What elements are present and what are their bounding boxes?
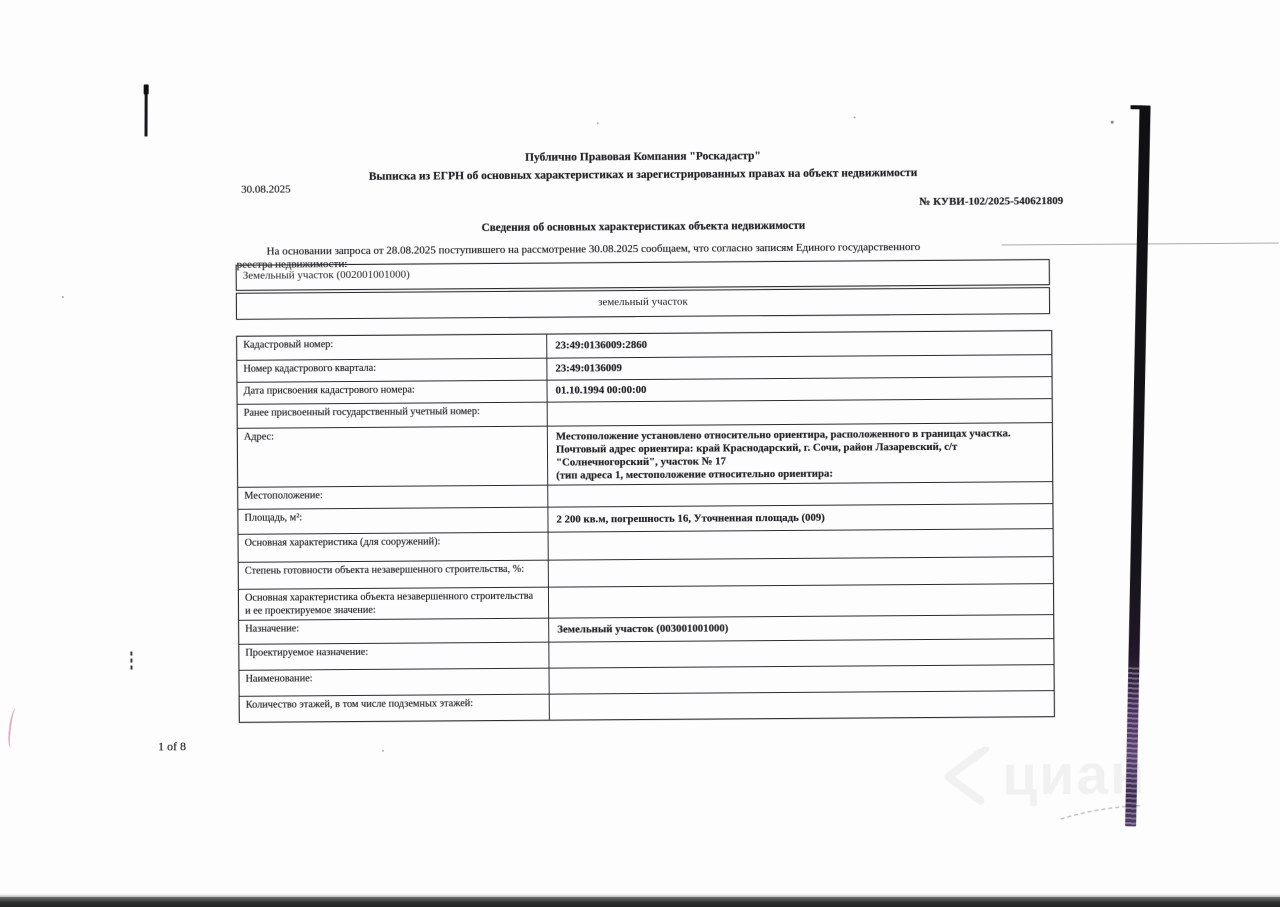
row-label: Местоположение: xyxy=(238,486,548,509)
row-label: Адрес: xyxy=(238,427,548,487)
scan-mark-mid-left xyxy=(130,652,132,672)
row-value: 01.10.1994 00:00:00 xyxy=(547,377,1051,402)
scan-speck xyxy=(1111,121,1114,124)
row-label: Основная характеристика (для сооружений)… xyxy=(239,533,549,562)
row-label: Количество этажей, в том числе подземных… xyxy=(240,695,550,722)
scan-mark-top-left xyxy=(145,84,148,136)
object-type-text: Земельный участок (002001001000) xyxy=(243,269,410,282)
org-name: Публично Правовая Компания "Роскадастр" xyxy=(235,147,1051,167)
object-kind-text: земельный участок xyxy=(598,296,688,309)
scan-binding-stripe xyxy=(1125,105,1150,826)
row-value xyxy=(549,584,1053,618)
row-value xyxy=(548,399,1052,426)
row-value: 23:49:0136009:2860 xyxy=(547,331,1051,358)
page-indicator: 1 of 8 xyxy=(158,739,186,754)
pink-pen-mark xyxy=(7,708,21,749)
row-label: Номер кадастрового квартала: xyxy=(237,359,547,382)
row-value: 2 200 кв.м, погрешность 16, Уточненная п… xyxy=(548,504,1052,532)
object-type-box: Земельный участок (002001001000) xyxy=(236,259,1050,291)
table-row: Основная характеристика объекта незаверш… xyxy=(239,583,1053,620)
scan-speck xyxy=(597,122,599,124)
row-value xyxy=(549,665,1053,694)
table-row: Основная характеристика (для сооружений)… xyxy=(239,528,1053,562)
scan-speck xyxy=(854,116,856,118)
row-value: Земельный участок (003001001000) xyxy=(549,615,1053,642)
document-title: Выписка из ЕГРН об основных характеристи… xyxy=(235,165,1051,185)
scanned-document-page: циан Публично Правовая Компания "Роскада… xyxy=(0,0,1280,907)
row-label: Степень готовности объекта незавершенног… xyxy=(239,561,549,589)
cian-logo-icon xyxy=(940,747,992,805)
row-value xyxy=(549,557,1053,587)
row-label: Дата присвоения кадастрового номера: xyxy=(237,381,547,404)
scan-speck xyxy=(382,750,384,752)
pencil-scribble xyxy=(1052,796,1152,827)
table-row: Степень готовности объекта незавершенног… xyxy=(239,556,1053,589)
row-label: Площадь, м²: xyxy=(238,508,548,534)
row-label: Ранее присвоенный государственный учетны… xyxy=(238,403,548,428)
scan-date: 30.08.2025 xyxy=(241,183,291,195)
row-label: Наименование: xyxy=(240,669,550,696)
intro-line-1: На основании запроса от 28.08.2025 посту… xyxy=(267,240,1067,258)
row-value: Местоположение установлено относительно … xyxy=(548,423,1052,485)
object-kind-box: земельный участок xyxy=(236,287,1050,320)
section-title: Сведения об основных характеристиках объ… xyxy=(235,218,1051,236)
row-label: Назначение: xyxy=(239,619,549,644)
characteristics-table: Кадастровый номер:23:49:0136009:2860Номе… xyxy=(236,330,1055,723)
row-value xyxy=(548,482,1052,507)
document-number: № КУВИ-102/2025-540621809 xyxy=(235,195,1063,213)
row-value xyxy=(549,639,1053,668)
table-row: Адрес:Местоположение установлено относит… xyxy=(238,422,1052,487)
row-label: Проектируемое назначение: xyxy=(239,643,549,670)
row-label: Основная характеристика объекта незаверш… xyxy=(239,588,549,620)
row-value xyxy=(550,691,1054,720)
row-value xyxy=(549,529,1053,560)
row-value: 23:49:0136009 xyxy=(547,355,1051,380)
scan-bottom-edge xyxy=(0,897,1280,907)
scan-speck xyxy=(62,296,64,298)
row-label: Кадастровый номер: xyxy=(237,335,547,360)
